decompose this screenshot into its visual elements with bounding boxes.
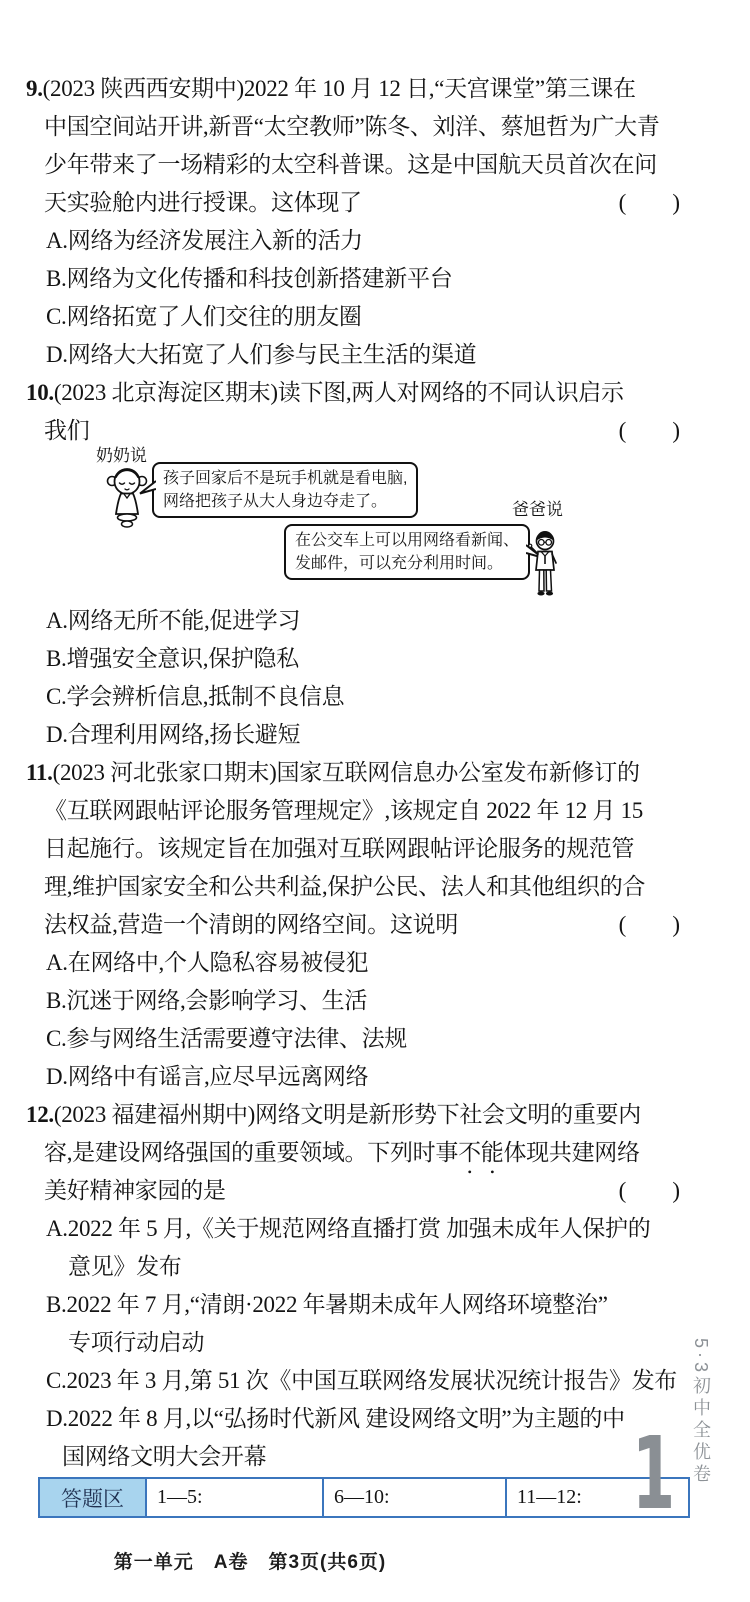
q9-number: 9. — [26, 76, 43, 101]
q10-option-c: C.学会辨析信息,抵制不良信息 — [46, 678, 694, 716]
q12-stem-line: 容,是建设网络强国的重要领域。下列时事不能体现共建网络 — [44, 1134, 694, 1172]
q10-number: 10. — [26, 380, 54, 405]
answer-cell-1-5: 1—5: — [147, 1479, 324, 1516]
q11-stem-line: 11.(2023 河北张家口期末)国家互联网信息办公室发布新修订的 — [26, 754, 694, 792]
answer-bracket: ( ) — [619, 412, 680, 450]
q11-stem-line: 理,维护国家安全和公共利益,保护公民、法人和其他组织的合 — [44, 868, 694, 906]
dad-speech-text: 发邮件，可以充分利用时间。 — [295, 552, 519, 575]
dad-label: 爸爸说 — [512, 500, 563, 520]
q10-stem-end: 我们 — [44, 412, 89, 450]
q9-stem-line: 中国空间站开讲,新晋“太空教师”陈冬、刘洋、蔡旭哲为广大青 — [44, 108, 694, 146]
q11-option-c: C.参与网络生活需要遵守法律、法规 — [46, 1020, 694, 1058]
q9-option-a: A.网络为经济发展注入新的活力 — [46, 222, 694, 260]
q11-option-b: B.沉迷于网络,会影响学习、生活 — [46, 982, 694, 1020]
bubble-tail — [139, 480, 156, 496]
emphasized-text: 不能 — [458, 1140, 503, 1165]
q9-stem-line: 天实验舱内进行授课。这体现了 ( ) — [44, 184, 694, 222]
q9-option-c: C.网络拓宽了人们交往的朋友圈 — [46, 298, 694, 336]
q9-option-d: D.网络大大拓宽了人们参与民主生活的渠道 — [46, 336, 694, 374]
page-footer: 第一单元 A卷 第3页(共6页) — [100, 1547, 400, 1574]
q12-stem-line: 12.(2023 福建福州期中)网络文明是新形势下社会文明的重要内 — [26, 1096, 694, 1134]
q11-option-d: D.网络中有谣言,应尽早远离网络 — [46, 1058, 694, 1096]
q10-stem-line: 10.(2023 北京海淀区期末)读下图,两人对网络的不同认识启示 — [26, 374, 694, 412]
unit-number-watermark: 1 — [632, 1428, 675, 1520]
q10-cartoon: 奶奶说 孩子回家后不是玩手机就是看电脑, 网 — [26, 450, 694, 602]
q12-option-d-cont: 国网络文明大会开幕 — [62, 1438, 694, 1476]
exam-page: 9.(2023 陕西西安期中)2022 年 10 月 12 日,“天宫课堂”第三… — [0, 0, 750, 1602]
q11-stem-line: 法权益,营造一个清朗的网络空间。这说明 ( ) — [44, 906, 694, 944]
q9-stem-line: 少年带来了一场精彩的太空科普课。这是中国航天员首次在问 — [44, 146, 694, 184]
q12-option-d: D.2022 年 8 月,以“弘扬时代新风 建设网络文明”为主题的中 — [46, 1400, 694, 1438]
grandma-figure — [106, 467, 148, 529]
grandma-label: 奶奶说 — [96, 446, 147, 466]
question-column: 9.(2023 陕西西安期中)2022 年 10 月 12 日,“天宫课堂”第三… — [0, 0, 750, 1476]
answer-cell-6-10: 6—10: — [324, 1479, 507, 1516]
q10-option-d: D.合理利用网络,扬长避短 — [46, 716, 694, 754]
q12-number: 12. — [26, 1102, 54, 1127]
q12-stem-end: 美好精神家园的是 — [44, 1172, 226, 1210]
q11-stem-end: 法权益,营造一个清朗的网络空间。这说明 — [44, 906, 458, 944]
q10-option-b: B.增强安全意识,保护隐私 — [46, 640, 694, 678]
grandma-speech-text: 孩子回家后不是玩手机就是看电脑, — [163, 467, 407, 490]
book-series-side-label: 5·3初中全优卷 — [688, 1338, 714, 1486]
q10-option-a: A.网络无所不能,促进学习 — [46, 602, 694, 640]
q11-option-a: A.在网络中,个人隐私容易被侵犯 — [46, 944, 694, 982]
q10-stem-line: 我们 ( ) — [44, 412, 694, 450]
answer-area-table: 答题区 1—5: 6—10: 11—12: — [38, 1477, 690, 1518]
q9-stem-line: 9.(2023 陕西西安期中)2022 年 10 月 12 日,“天宫课堂”第三… — [26, 70, 694, 108]
q12-stem-line: 美好精神家园的是 ( ) — [44, 1172, 694, 1210]
q11-stem-line: 日起施行。该规定旨在加强对互联网跟帖评论服务的规范管 — [44, 830, 694, 868]
q12-option-c: C.2023 年 3 月,第 51 次《中国互联网络发展状况统计报告》发布 — [46, 1362, 694, 1400]
q12-option-a-cont: 意见》发布 — [68, 1248, 694, 1286]
answer-bracket: ( ) — [619, 184, 680, 222]
dad-figure — [528, 530, 562, 598]
q12-option-b-cont: 专项行动启动 — [68, 1324, 694, 1362]
q11-number: 11. — [26, 760, 53, 785]
dad-speech-text: 在公交车上可以用网络看新闻、 — [295, 529, 519, 552]
grandma-speech-bubble: 孩子回家后不是玩手机就是看电脑, 网络把孩子从大人身边夺走了。 — [152, 462, 418, 518]
q12-option-a: A.2022 年 5 月,《关于规范网络直播打赏 加强未成年人保护的 — [46, 1210, 694, 1248]
answer-bracket: ( ) — [619, 906, 680, 944]
q11-stem-line: 《互联网跟帖评论服务管理规定》,该规定自 2022 年 12 月 15 — [44, 792, 694, 830]
answer-area-header: 答题区 — [40, 1479, 147, 1516]
q9-option-b: B.网络为文化传播和科技创新搭建新平台 — [46, 260, 694, 298]
q9-stem-end: 天实验舱内进行授课。这体现了 — [44, 184, 362, 222]
q12-option-b: B.2022 年 7 月,“清朗·2022 年暑期未成年人网络环境整治” — [46, 1286, 694, 1324]
answer-bracket: ( ) — [619, 1172, 680, 1210]
grandma-speech-text: 网络把孩子从大人身边夺走了。 — [163, 490, 407, 513]
dad-speech-bubble: 在公交车上可以用网络看新闻、 发邮件，可以充分利用时间。 — [284, 524, 530, 580]
